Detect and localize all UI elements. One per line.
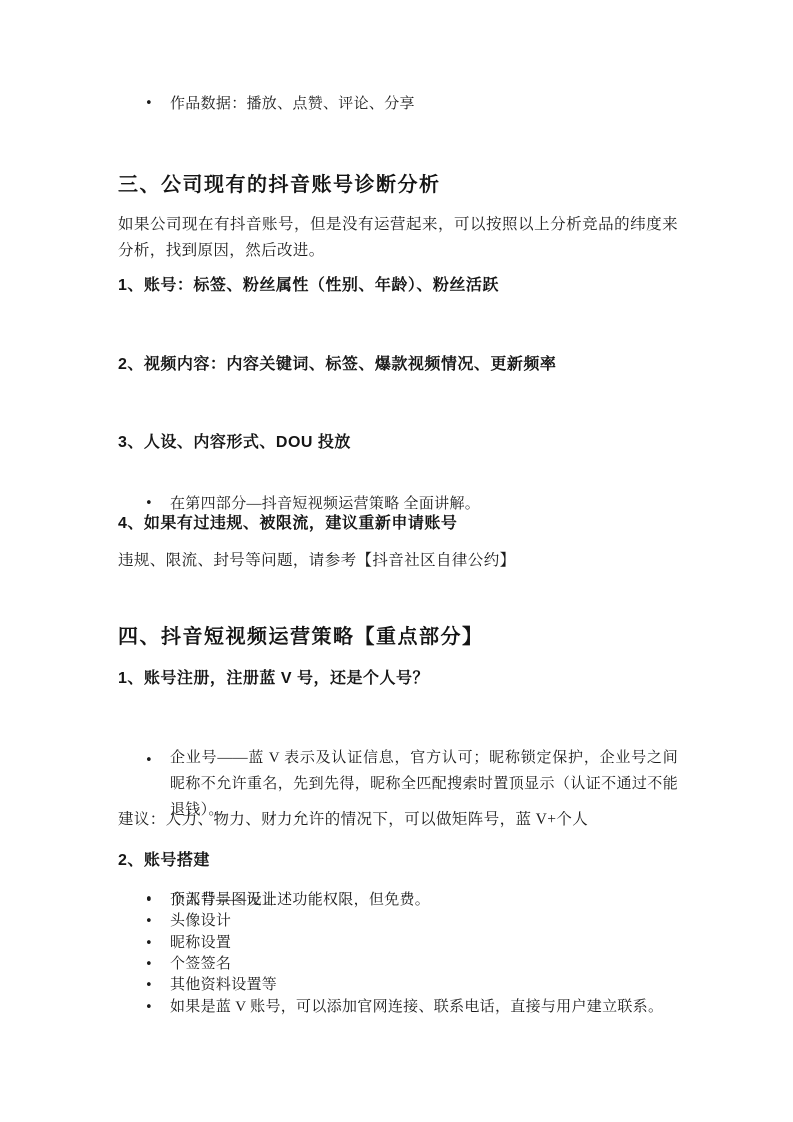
bold-item-account: 1、账号：标签、粉丝属性（性别、年龄）、粉丝活跃 [118,276,678,296]
bullet-icon: • [145,494,153,514]
bullet-icon: • [145,748,153,774]
bullet-icon: • [145,890,153,911]
bullet-icon: • [145,975,153,996]
paragraph-suggestion: 建议：人力、物力、财力允许的情况下，可以做矩阵号，蓝 V+个人 [118,810,678,830]
bullet-text: 个签签名 [170,956,231,972]
list-item-other-profile: • 其他资料设置等 [118,975,678,996]
bullet-text: 如果是蓝 V 账号，可以添加官网连接、联系电话，直接与用户建立联系。 [170,999,663,1015]
list-item-avatar: • 头像设计 [118,911,678,932]
paragraph-violation-ref: 违规、限流、封号等问题，请参考【抖音社区自律公约】 [118,551,678,571]
bullet-icon: • [145,954,153,975]
bold-item-video-content: 2、视频内容：内容关键词、标签、爆款视频情况、更新频率 [118,355,678,375]
bullet-text: 在第四部分—抖音短视频运营策略 全面讲解。 [170,496,480,512]
bullet-icon: • [145,933,153,954]
bold-item-register: 1、账号注册，注册蓝 V 号，还是个人号？ [118,669,678,689]
bullet-text: 头像设计 [170,913,231,929]
bullet-text: 企业号——蓝 V 表示及认证信息，官方认可；昵称锁定保护，企业号之间昵称不允许重… [170,750,678,818]
bullet-item-work-data: • 作品数据：播放、点赞、评论、分享 [118,94,678,114]
bullet-icon: • [145,94,153,114]
bullet-icon: • [145,911,153,932]
bold-item-violation: 4、如果有过违规、被限流，建议重新申请账号 [118,514,678,534]
bullet-text: 顶部背景图设计 [170,892,277,908]
list-item-nickname: • 昵称设置 [118,933,678,954]
account-setup-list: • 顶部背景图设计 • 头像设计 • 昵称设置 • 个签签名 • 其他资料设置等… [118,890,678,1018]
bold-item-persona-dou: 3、人设、内容形式、DOU 投放 [118,433,678,453]
bullet-icon: • [145,997,153,1018]
section-heading-3: 三、公司现有的抖音账号诊断分析 [118,173,678,197]
list-item-top-background: • 顶部背景图设计 [118,890,678,911]
bullet-text: 作品数据：播放、点赞、评论、分享 [170,96,415,112]
paragraph-diagnosis-intro: 如果公司现在有抖音账号，但是没有运营起来，可以按照以上分析竞品的纬度来分析，找到… [118,212,678,263]
bullet-text: 昵称设置 [170,935,231,951]
bullet-text: 其他资料设置等 [170,977,277,993]
bold-item-account-setup: 2、账号搭建 [118,851,678,871]
bullet-item-part4-note: • 在第四部分—抖音短视频运营策略 全面讲解。 [118,494,678,514]
section-heading-4: 四、抖音短视频运营策略【重点部分】 [118,625,678,649]
list-item-signature: • 个签签名 [118,954,678,975]
list-item-bluev-contact: • 如果是蓝 V 账号，可以添加官网连接、联系电话，直接与用户建立联系。 [118,997,678,1018]
document-page: • 作品数据：播放、点赞、评论、分享 三、公司现有的抖音账号诊断分析 如果公司现… [0,0,793,1122]
